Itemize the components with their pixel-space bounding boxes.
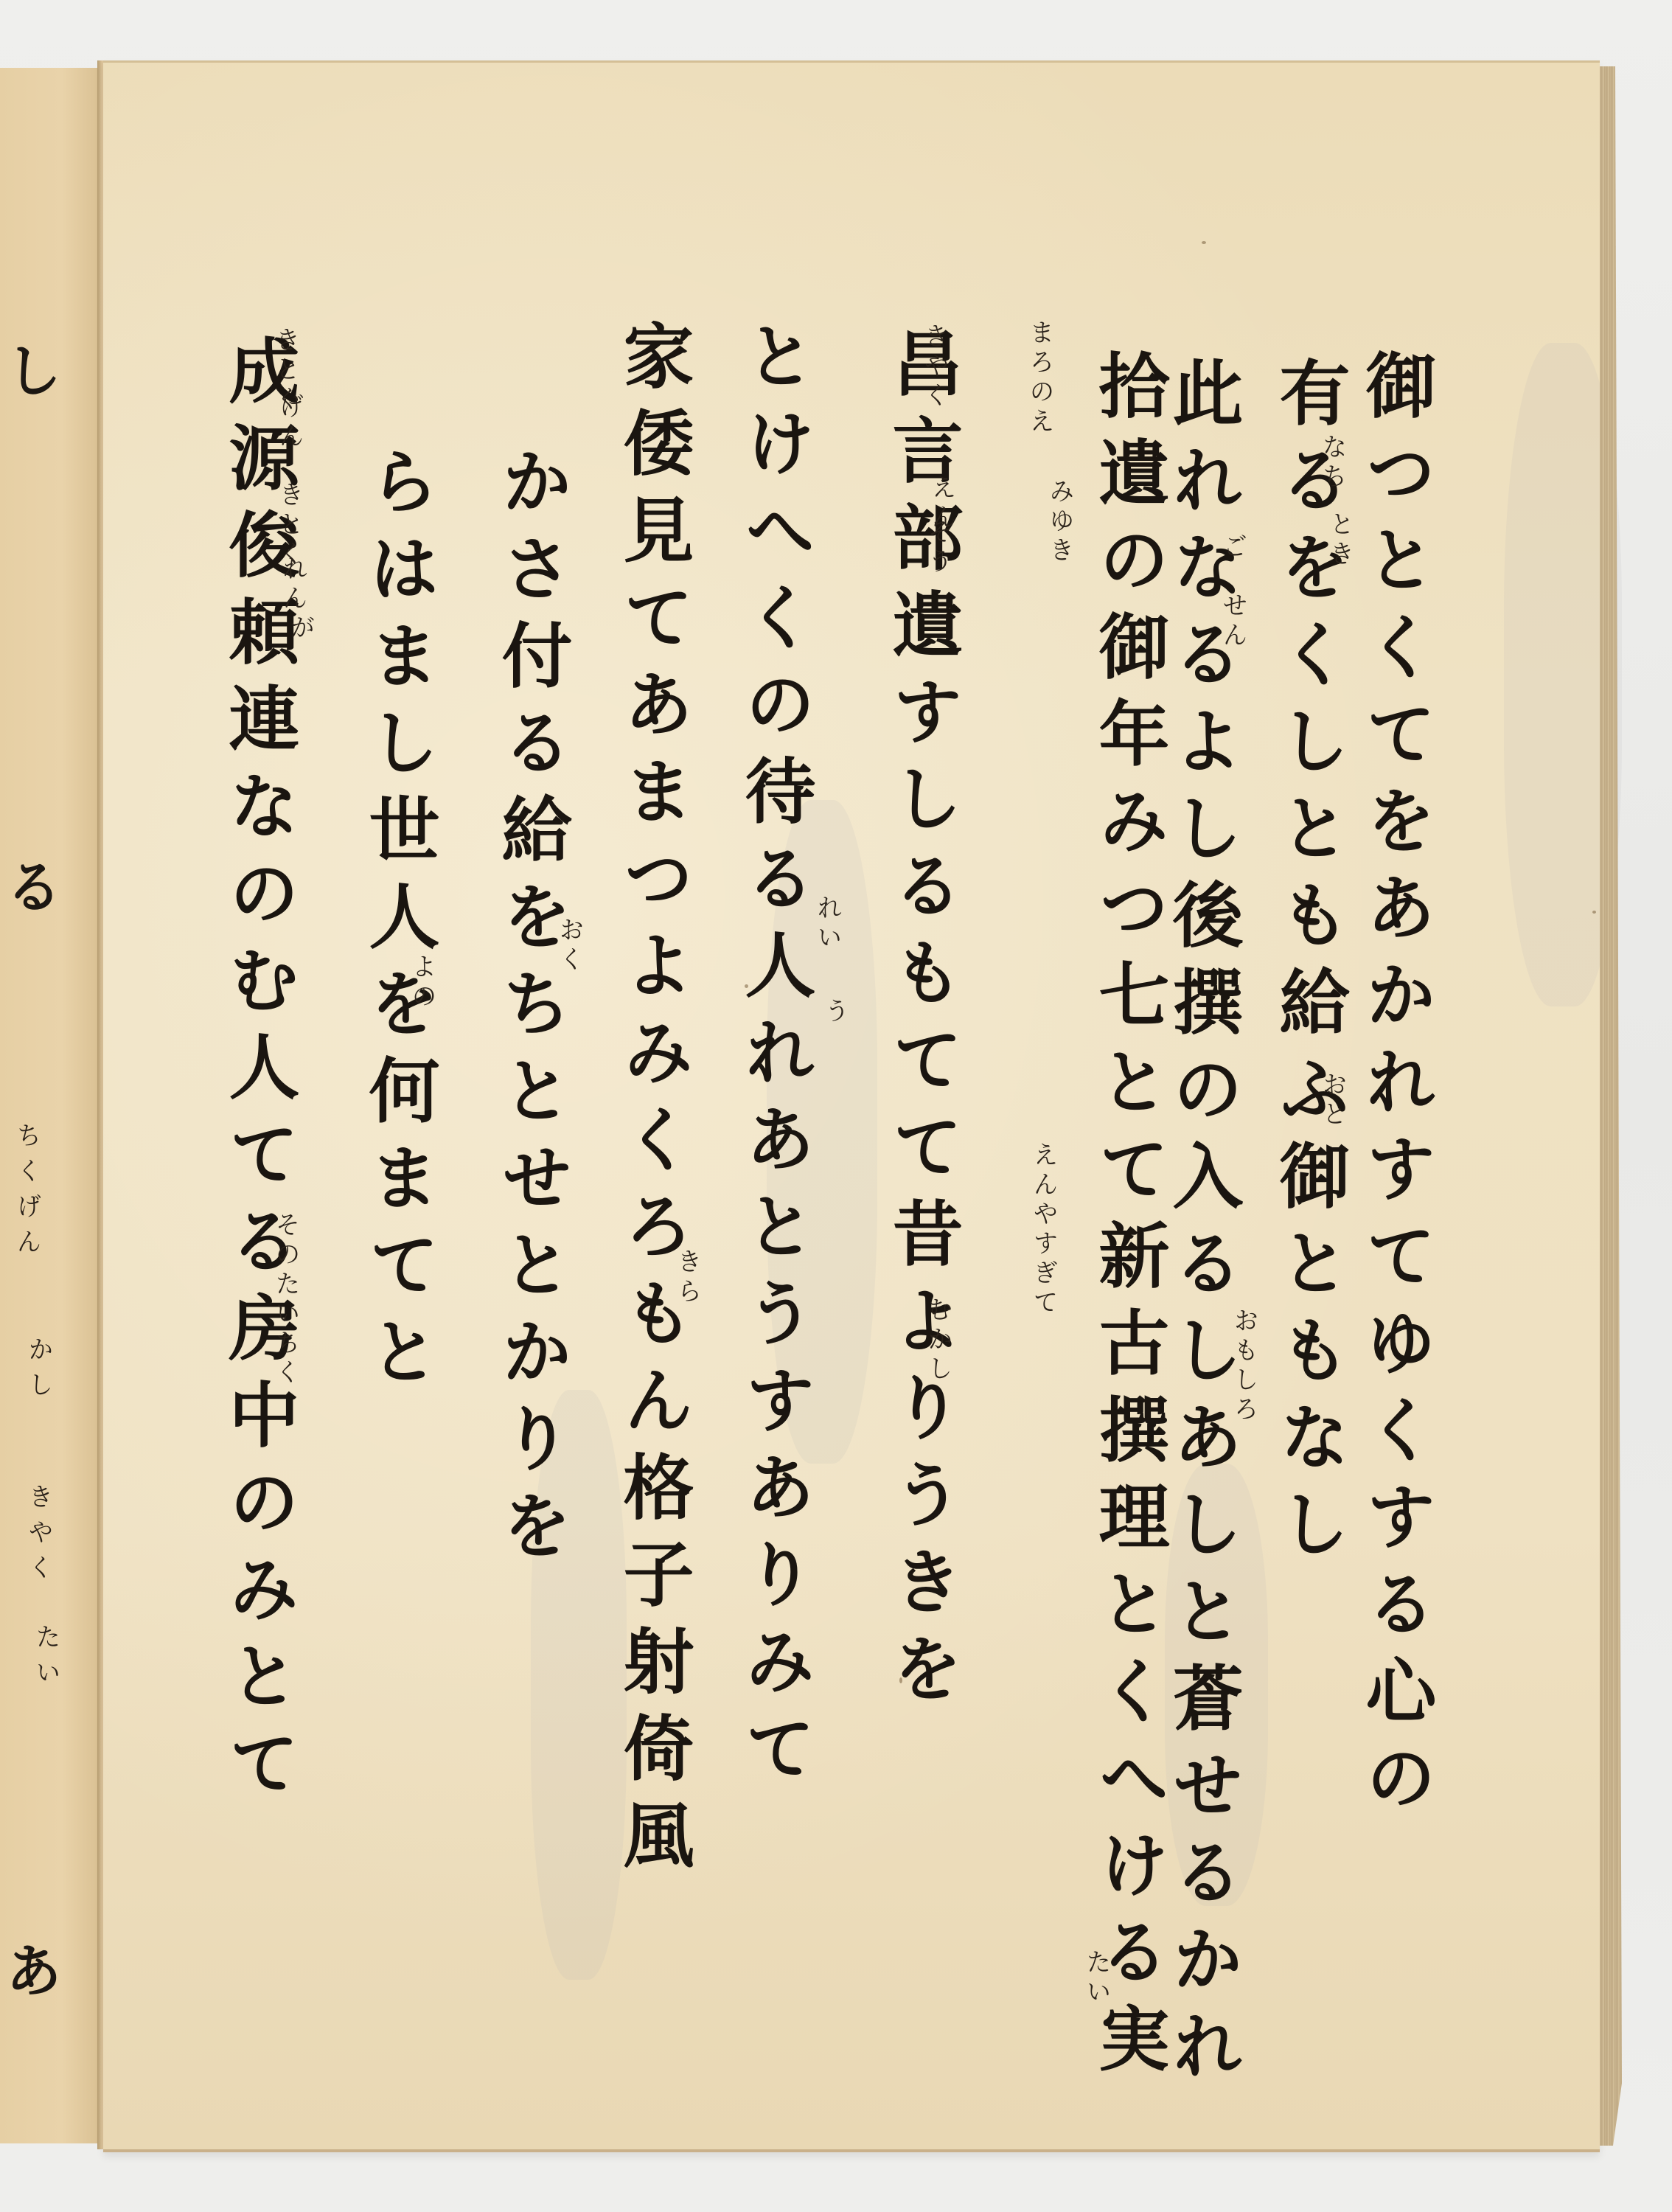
furigana: みゆき (1047, 478, 1072, 566)
left-page-gloss: きやく (21, 1484, 57, 1590)
paper-fleck (1592, 911, 1596, 914)
left-page-gloss: たい (28, 1624, 64, 1694)
furigana: げん (276, 393, 302, 452)
furigana: れん (280, 555, 305, 614)
text-column-7: 家倭見てあまつよみくろもん格子射倚風 (618, 319, 689, 1885)
furigana: う (822, 998, 847, 1027)
furigana: そのたいちく (273, 1211, 298, 1388)
furigana: えんやすぎて (1031, 1141, 1056, 1318)
text-column-8: かさ付る給をちとせとかりを (496, 445, 567, 1576)
furigana: せん (1220, 592, 1245, 651)
left-page-gloss: かし (21, 1336, 57, 1407)
text-column-4: 拾遺の御年みつ七とて新古撰理とくへける実 (1093, 349, 1164, 2089)
left-facing-page: し る あ ちくげん かし きやく たい (0, 68, 103, 2143)
furigana: ご (1220, 533, 1245, 563)
left-page-gloss: ちくげん (9, 1122, 45, 1264)
text-column-6: とけへくの待る人れあとうすありみて (739, 319, 810, 1798)
paper-fleck (1202, 241, 1206, 244)
furigana: そう (925, 518, 950, 577)
left-page-fragment: る (0, 857, 58, 936)
furigana: よの (409, 953, 434, 1012)
furigana: きら (675, 1248, 700, 1307)
main-page: 御つとくてをあかれすてゆくする心の 有るをくしとも給ふ御ともなし 此れなるよし後… (103, 60, 1600, 2152)
left-page-fragment: し (0, 341, 58, 420)
text-column-9: らはまし世人を何まてと (363, 445, 434, 1402)
furigana: まろのえ (1027, 319, 1052, 437)
furigana: なち (1320, 434, 1345, 493)
furigana: たい (1084, 1949, 1109, 2008)
furigana: おと (1320, 1071, 1345, 1130)
furigana: れい (815, 894, 840, 953)
furigana: きやく (922, 323, 947, 411)
text-column-1: 御つとくてをあかれすてゆくする心の (1360, 349, 1431, 1828)
furigana: おく (557, 917, 582, 975)
left-page-fragment: あ (0, 1941, 58, 2020)
furigana: とき (1327, 511, 1352, 570)
furigana: が (288, 614, 313, 644)
furigana: おもしろ (1231, 1307, 1256, 1425)
furigana: むかし (925, 1296, 950, 1385)
